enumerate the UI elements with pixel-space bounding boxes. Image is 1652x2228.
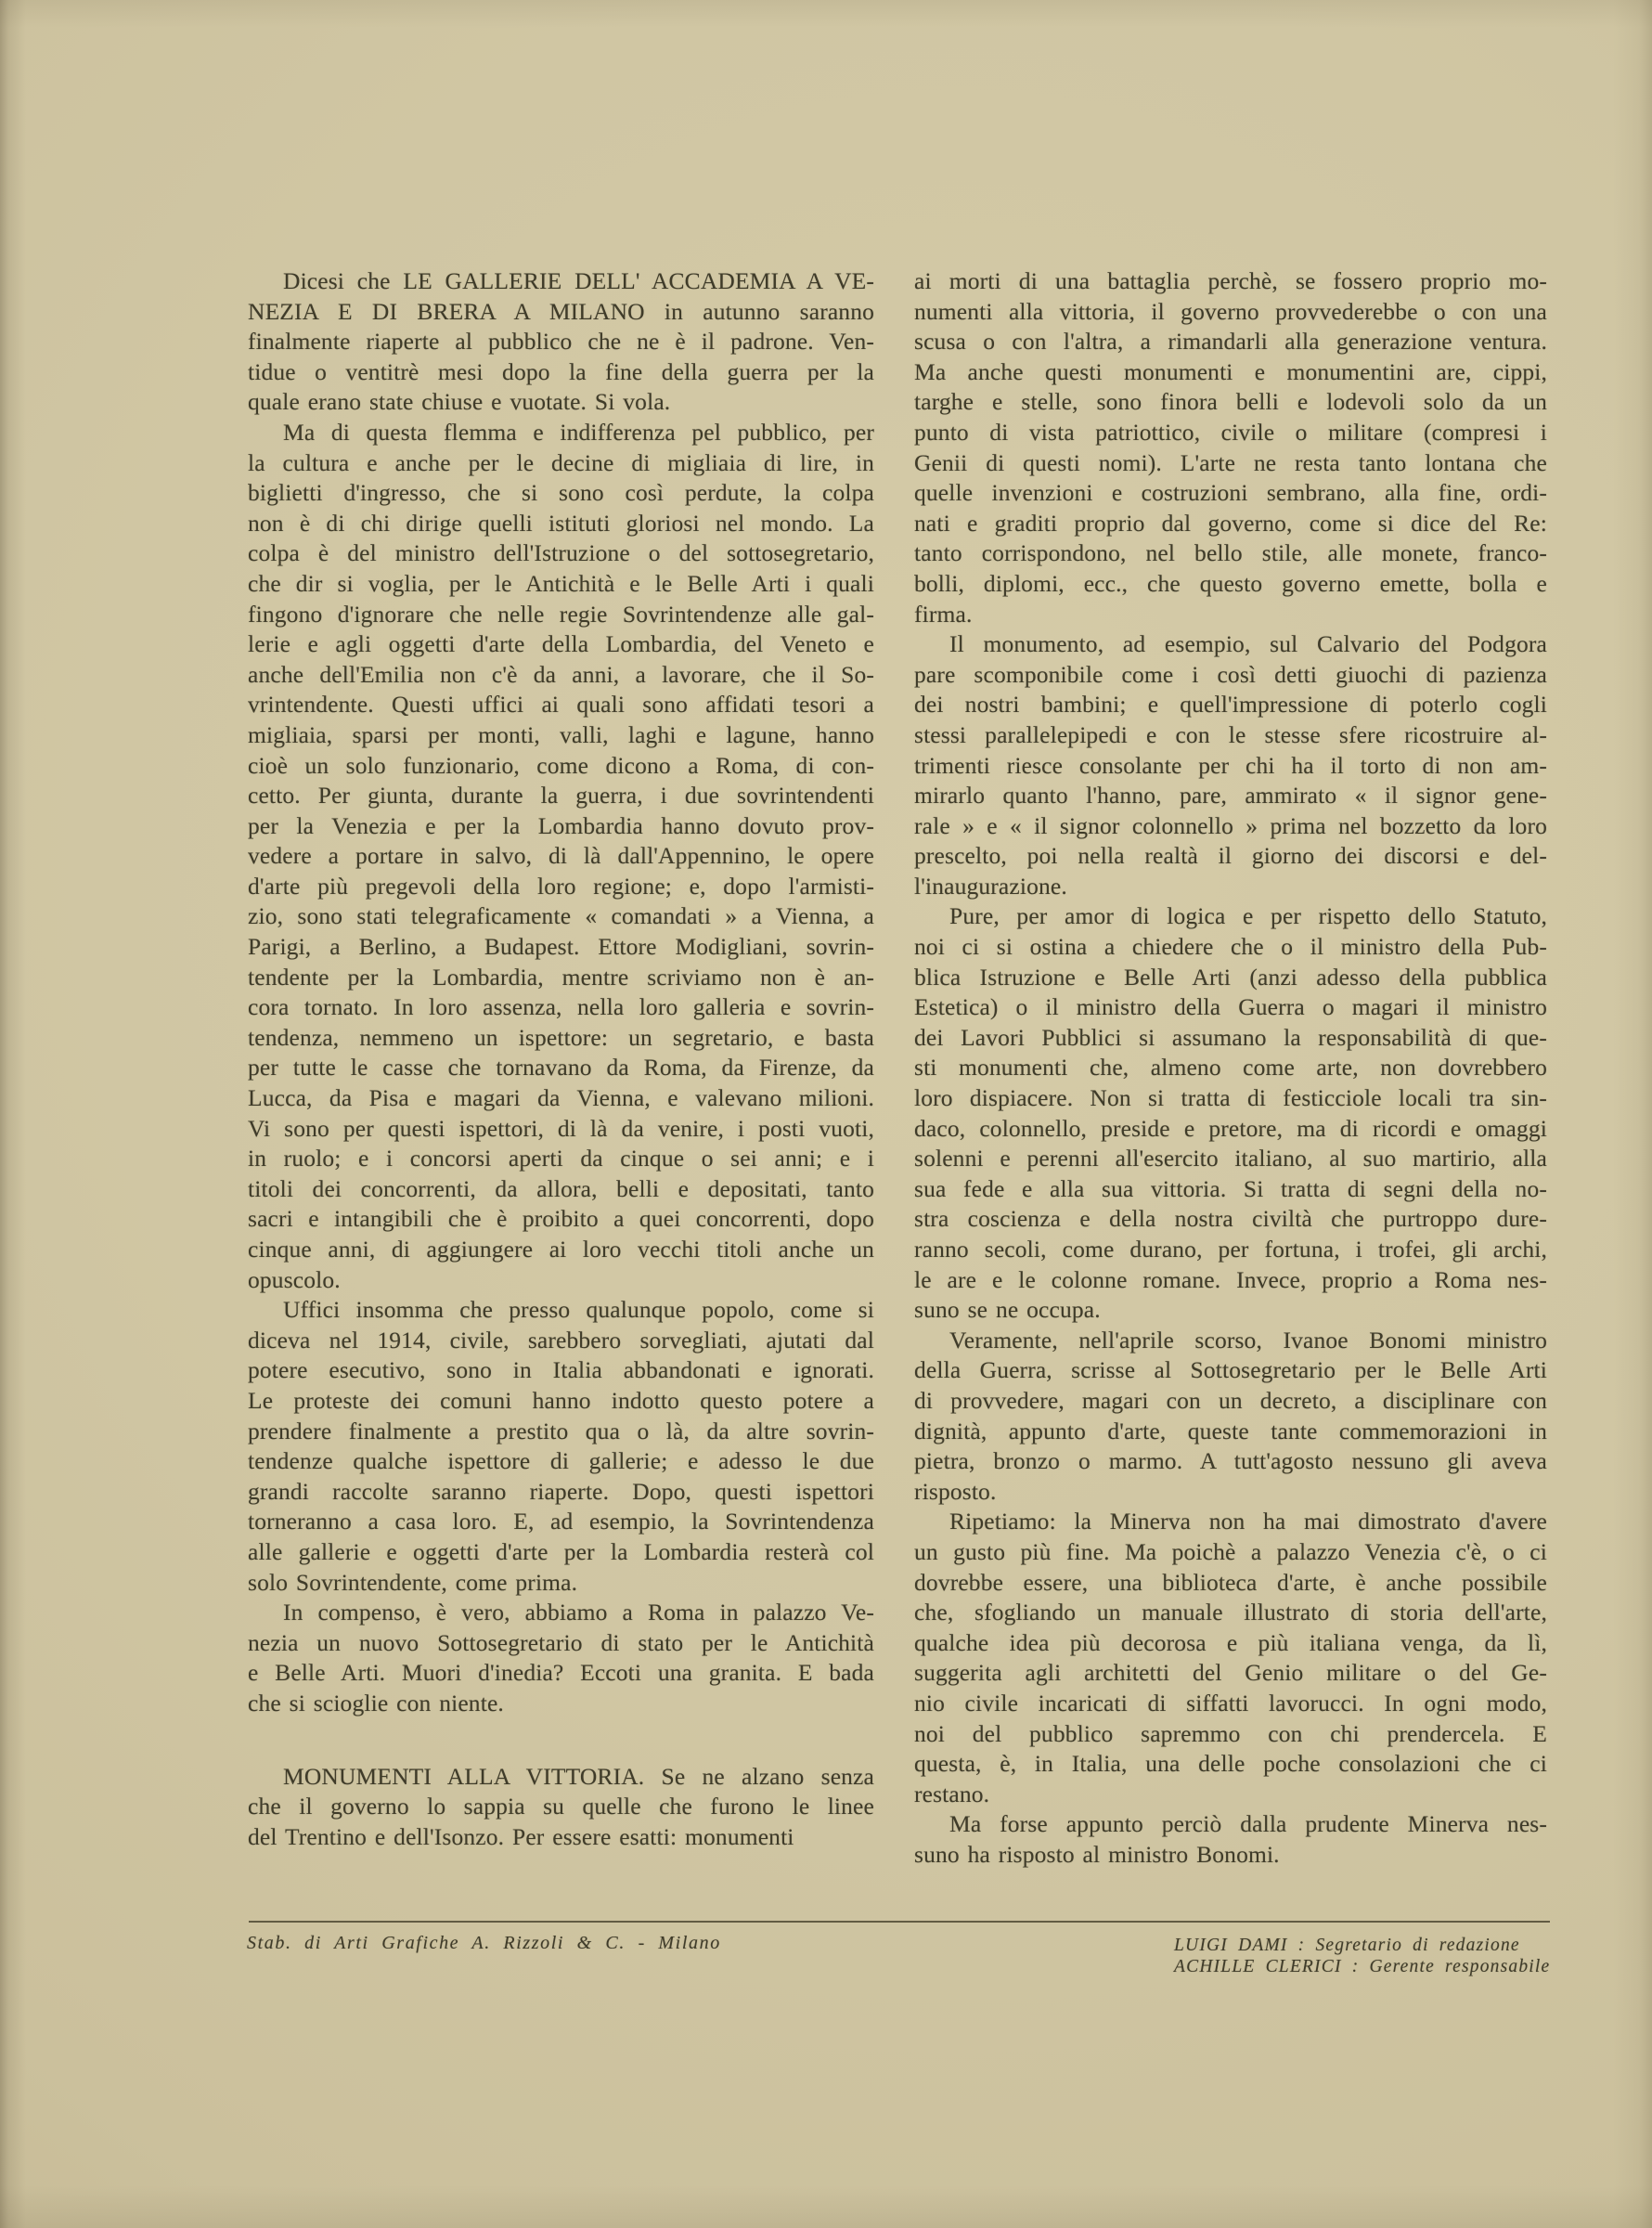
text-line: pare scomponibile come i così detti giuo…	[914, 660, 1547, 691]
footer-printer-credit: Stab. di Arti Grafiche A. Rizzoli & C. -…	[247, 1933, 721, 1954]
text-line: MONUMENTI ALLA VITTORIA. Se ne alzano se…	[248, 1762, 874, 1793]
left-text-column: Dicesi che LE GALLERIE DELL' ACCADEMIA A…	[248, 266, 874, 1852]
text-line: sacri e intangibili che è proibito a que…	[248, 1204, 874, 1235]
magazine-page: Dicesi che LE GALLERIE DELL' ACCADEMIA A…	[0, 0, 1652, 2228]
text-line: ranno secoli, come durano, per fortuna, …	[914, 1235, 1547, 1265]
text-line: numenti alla vittoria, il governo provve…	[914, 297, 1547, 328]
text-line: cioè un solo funzionario, come dicono a …	[248, 751, 874, 782]
text-line: cetto. Per giunta, durante la guerra, i …	[248, 781, 874, 811]
text-line: anche dell'Emilia non c'è da anni, a lav…	[248, 660, 874, 691]
text-line: Pure, per amor di logica e per rispetto …	[914, 901, 1547, 932]
paragraph: Ma di questa flemma e indifferenza pel p…	[248, 418, 874, 1295]
footer-editor-line: LUIGI DAMI : Segretario di redazione	[1174, 1935, 1550, 1956]
paragraph: In compenso, è vero, abbiamo a Roma in p…	[248, 1598, 874, 1718]
text-line: tendenza, nemmeno un ispettore: un segre…	[248, 1023, 874, 1054]
text-line: non è di chi dirige quelli istituti glor…	[248, 509, 874, 539]
text-line: targhe e stelle, sono finora belli e lod…	[914, 387, 1547, 418]
text-line: bolli, diplomi, ecc., che questo governo…	[914, 569, 1547, 600]
text-line: dei Lavori Pubblici si assumano la respo…	[914, 1023, 1547, 1054]
text-line: Ma forse appunto perciò dalla prudente M…	[914, 1809, 1547, 1840]
footer-editor-line: ACHILLE CLERICI : Gerente responsabile	[1174, 1956, 1550, 1977]
text-line: nezia un nuovo Sottosegretario di stato …	[248, 1628, 874, 1659]
paragraph: Veramente, nell'aprile scorso, Ivanoe Bo…	[914, 1326, 1547, 1508]
text-line: alle gallerie e oggetti d'arte per la Lo…	[248, 1537, 874, 1568]
text-line: colpa è del ministro dell'Istruzione o d…	[248, 538, 874, 569]
text-line: trimenti riesce consolante per chi ha il…	[914, 751, 1547, 782]
text-line: Veramente, nell'aprile scorso, Ivanoe Bo…	[914, 1326, 1547, 1356]
text-line: daco, colonnello, preside e pretore, ma …	[914, 1114, 1547, 1145]
paragraph: Uffici insomma che presso qualunque popo…	[248, 1295, 874, 1598]
text-line: dei nostri bambini; e quell'impressione …	[914, 690, 1547, 720]
text-line: lerie e agli oggetti d'arte della Lombar…	[248, 629, 874, 660]
text-line: la cultura e anche per le decine di migl…	[248, 448, 874, 479]
text-line: tanto corrispondono, nel bello stile, al…	[914, 538, 1547, 569]
paragraph: Ma forse appunto perciò dalla prudente M…	[914, 1809, 1547, 1870]
text-line: rale » e « il signor colonnello » prima …	[914, 811, 1547, 842]
text-line: stessi parallelepipedi e con le stesse s…	[914, 720, 1547, 751]
paragraph: ai morti di una battaglia perchè, se fos…	[914, 266, 1547, 629]
text-line: pietra, bronzo o marmo. A tutt'agosto ne…	[914, 1446, 1547, 1477]
text-line: Il monumento, ad esempio, sul Calvario d…	[914, 629, 1547, 660]
text-line: della Guerra, scrisse al Sottosegretario…	[914, 1355, 1547, 1386]
text-line: risposto.	[914, 1477, 1547, 1508]
footer-editors-block: LUIGI DAMI : Segretario di redazione ACH…	[1174, 1935, 1550, 1977]
text-line: l'inaugurazione.	[914, 872, 1547, 902]
text-line: Ma anche questi monumenti e monumentini …	[914, 357, 1547, 388]
text-line: blica Istruzione e Belle Arti (anzi ades…	[914, 963, 1547, 993]
text-line: questa, è, in Italia, una delle poche co…	[914, 1749, 1547, 1780]
text-line: stra coscienza e della nostra civiltà ch…	[914, 1204, 1547, 1235]
text-line: che dir si voglia, per le Antichità e le…	[248, 569, 874, 600]
text-line: suno se ne occupa.	[914, 1295, 1547, 1326]
text-line: cinque anni, di aggiungere ai loro vecch…	[248, 1235, 874, 1265]
text-line: Genii di questi nomi). L'arte ne resta t…	[914, 448, 1547, 479]
text-line: titoli dei concorrenti, da allora, belli…	[248, 1174, 874, 1205]
text-line: Lucca, da Pisa e magari da Vienna, e val…	[248, 1083, 874, 1114]
paragraph: Il monumento, ad esempio, sul Calvario d…	[914, 629, 1547, 901]
text-line: in ruolo; e i concorsi aperti da cinque …	[248, 1144, 874, 1174]
text-line: dignità, appunto d'arte, queste tante co…	[914, 1417, 1547, 1447]
text-line: restano.	[914, 1780, 1547, 1810]
right-text-column: ai morti di una battaglia perchè, se fos…	[914, 266, 1547, 1870]
text-line: torneranno a casa loro. E, ad esempio, l…	[248, 1507, 874, 1537]
text-line: del Trentino e dell'Isonzo. Per essere e…	[248, 1822, 874, 1853]
text-line: vrintendente. Questi uffici ai quali son…	[248, 690, 874, 720]
text-line: opuscolo.	[248, 1265, 874, 1296]
text-line: prendere finalmente a prestito qua o là,…	[248, 1417, 874, 1447]
text-line: ai morti di una battaglia perchè, se fos…	[914, 266, 1547, 297]
text-line: loro dispiacere. Non si tratta di festic…	[914, 1083, 1547, 1114]
text-line: per la Venezia e per la Lombardia hanno …	[248, 811, 874, 842]
text-line: prescelto, poi nella realtà il giorno de…	[914, 841, 1547, 872]
text-line: per tutte le casse che tornavano da Roma…	[248, 1053, 874, 1083]
text-line: che si scioglie con niente.	[248, 1689, 874, 1719]
text-line: quelle invenzioni e costruzioni sembrano…	[914, 478, 1547, 509]
text-line: biglietti d'ingresso, che si sono così p…	[248, 478, 874, 509]
text-line: migliaia, sparsi per monti, valli, laghi…	[248, 720, 874, 751]
paragraph: MONUMENTI ALLA VITTORIA. Se ne alzano se…	[248, 1762, 874, 1853]
text-line: mirarlo quanto l'hanno, pare, ammirato «…	[914, 781, 1547, 811]
footer-divider-rule	[249, 1921, 1550, 1923]
text-line: zio, sono stati telegraficamente « coman…	[248, 901, 874, 932]
text-line: punto di vista patriottico, civile o mil…	[914, 418, 1547, 448]
text-line: che il governo lo sappia su quelle che f…	[248, 1792, 874, 1822]
text-line: grandi raccolte saranno riaperte. Dopo, …	[248, 1477, 874, 1508]
text-line: tidue o ventitrè mesi dopo la fine della…	[248, 357, 874, 388]
text-line: cora tornato. In loro assenza, nella lor…	[248, 992, 874, 1023]
text-line: le are e le colonne romane. Invece, prop…	[914, 1265, 1547, 1296]
text-line: un gusto più fine. Ma poichè a palazzo V…	[914, 1537, 1547, 1568]
text-line: Vi sono per questi ispettori, di là da v…	[248, 1114, 874, 1145]
text-line: In compenso, è vero, abbiamo a Roma in p…	[248, 1598, 874, 1628]
text-line: diceva nel 1914, civile, sarebbero sorve…	[248, 1326, 874, 1356]
text-line: vedere a portare in salvo, di là dall'Ap…	[248, 841, 874, 872]
text-line: Uffici insomma che presso qualunque popo…	[248, 1295, 874, 1326]
text-line: Parigi, a Berlino, a Budapest. Ettore Mo…	[248, 932, 874, 963]
text-line: suggerita agli architetti del Genio mili…	[914, 1658, 1547, 1689]
text-line: NEZIA E DI BRERA A MILANO in autunno sar…	[248, 297, 874, 328]
text-line: finalmente riaperte al pubblico che ne è…	[248, 327, 874, 357]
text-line: firma.	[914, 600, 1547, 630]
paragraph: Ripetiamo: la Minerva non ha mai dimostr…	[914, 1507, 1547, 1809]
paragraph: Dicesi che LE GALLERIE DELL' ACCADEMIA A…	[248, 266, 874, 418]
text-line: Estetica) o il ministro della Guerra o m…	[914, 992, 1547, 1023]
text-line: nio civile incaricati di siffatti lavoru…	[914, 1689, 1547, 1719]
text-line: e Belle Arti. Muori d'inedia? Eccoti una…	[248, 1658, 874, 1689]
text-line: di provvedere, magari con un decreto, a …	[914, 1386, 1547, 1417]
text-line: noi del pubblico sapremmo con chi prende…	[914, 1719, 1547, 1750]
paragraph: Pure, per amor di logica e per rispetto …	[914, 901, 1547, 1325]
text-line: tendente per la Lombardia, mentre scrivi…	[248, 963, 874, 993]
text-line: Le proteste dei comuni hanno indotto que…	[248, 1386, 874, 1417]
text-line: fingono d'ignorare che nelle regie Sovri…	[248, 600, 874, 630]
text-line: nati e graditi proprio dal governo, come…	[914, 509, 1547, 539]
text-line: Ripetiamo: la Minerva non ha mai dimostr…	[914, 1507, 1547, 1537]
text-line: quale erano state chiuse e vuotate. Si v…	[248, 387, 874, 418]
text-line: sti monumenti che, almeno come arte, non…	[914, 1053, 1547, 1083]
text-line: noi ci si ostina a chiedere che o il min…	[914, 932, 1547, 963]
text-line: potere esecutivo, sono in Italia abbando…	[248, 1355, 874, 1386]
text-line: tendenze qualche ispettore di gallerie; …	[248, 1446, 874, 1477]
text-line: suno ha risposto al ministro Bonomi.	[914, 1840, 1547, 1871]
text-line: d'arte più pregevoli della loro regione;…	[248, 872, 874, 902]
text-line: Dicesi che LE GALLERIE DELL' ACCADEMIA A…	[248, 266, 874, 297]
text-line: solo Sovrintendente, come prima.	[248, 1568, 874, 1599]
text-line: dovrebbe essere, una biblioteca d'arte, …	[914, 1568, 1547, 1599]
text-line: solenni e perenni all'esercito italiano,…	[914, 1144, 1547, 1174]
text-line: che, sfogliando un manuale illustrato di…	[914, 1598, 1547, 1628]
text-line: qualche idea più decorosa e più italiana…	[914, 1628, 1547, 1659]
text-line: scusa o con l'altra, a rimandarli alla g…	[914, 327, 1547, 357]
text-line: sua fede e alla sua vittoria. Si tratta …	[914, 1174, 1547, 1205]
text-line: Ma di questa flemma e indifferenza pel p…	[248, 418, 874, 448]
